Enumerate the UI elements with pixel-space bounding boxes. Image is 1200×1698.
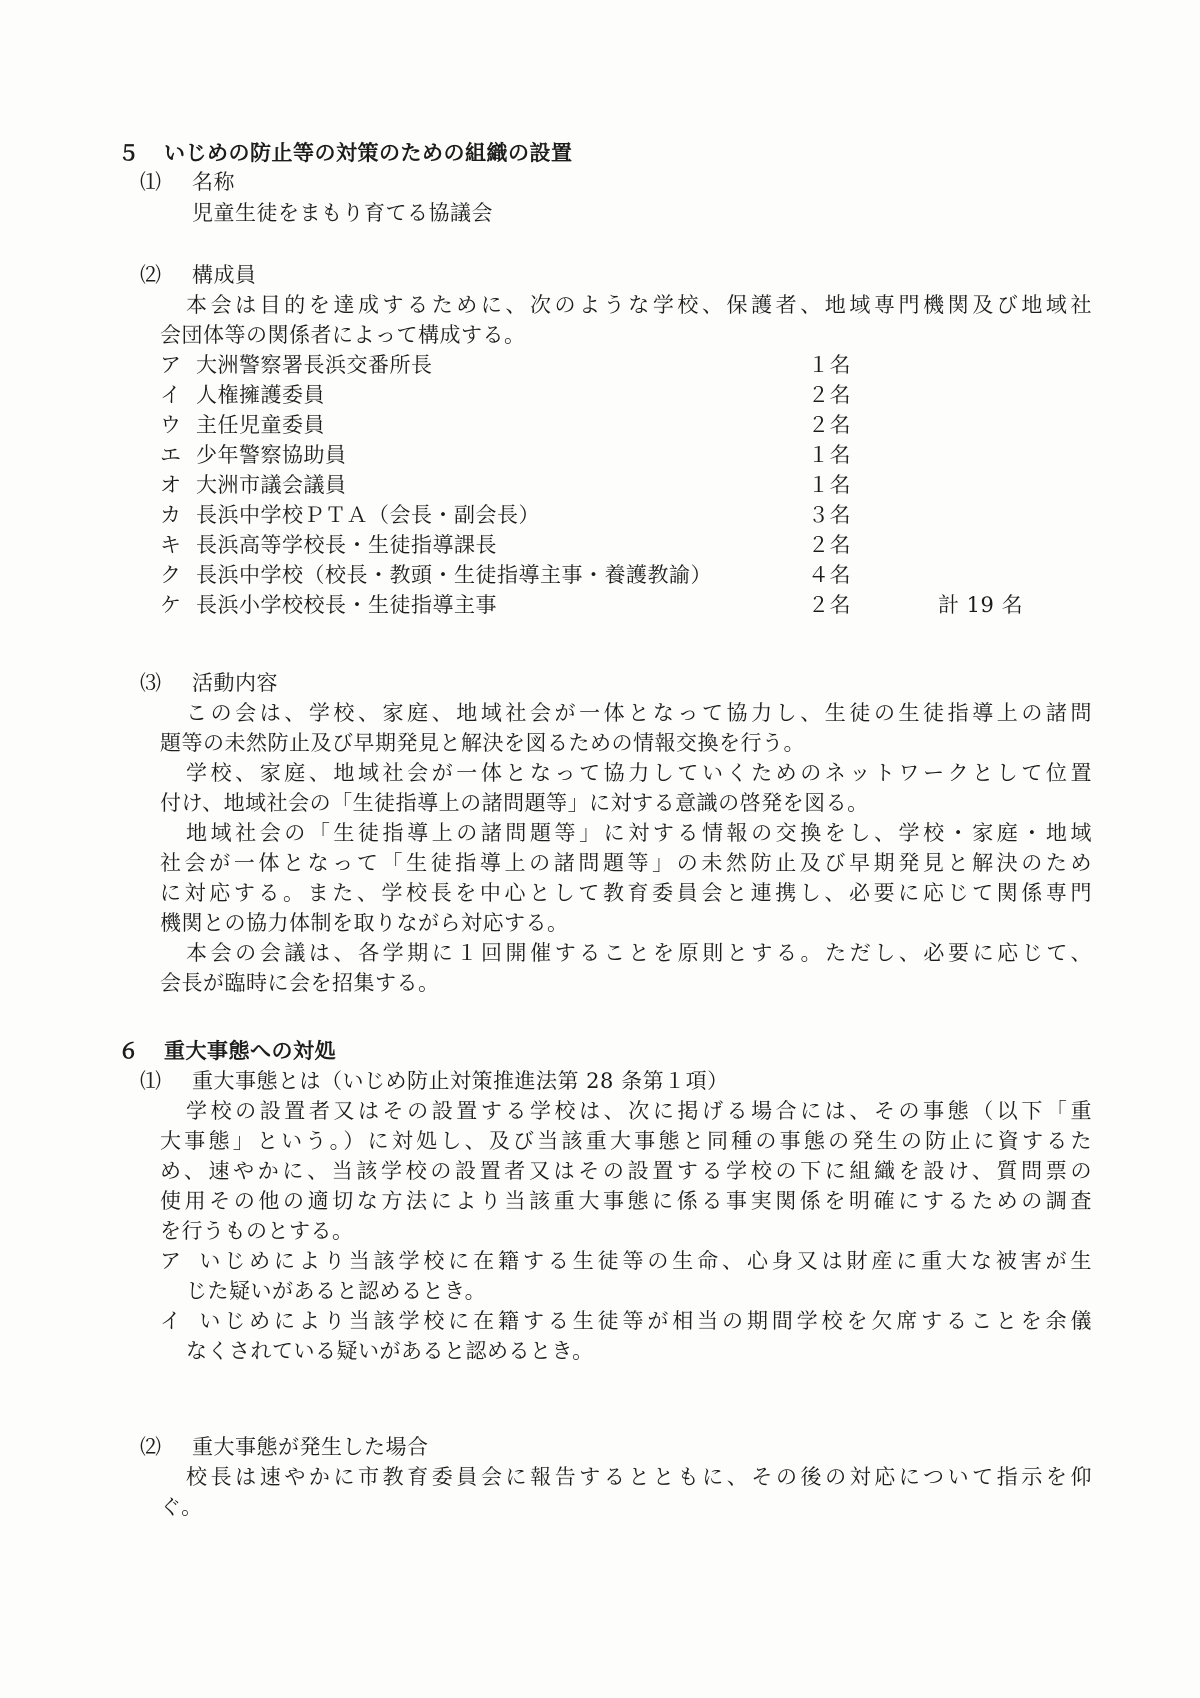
member-kana: ケ (160, 590, 196, 620)
subsection-title: 重大事態とは（いじめ防止対策推進法第 28 条第１項） (192, 1069, 729, 1093)
subsection-6-1-heading: ⑴重大事態とは（いじめ防止対策推進法第 28 条第１項） (140, 1066, 729, 1096)
member-kana: イ (160, 380, 196, 410)
member-kana: ア (160, 350, 196, 380)
member-row: オ 大洲市議会議員 １名 (160, 470, 1060, 500)
item-kana: ア (160, 1246, 196, 1276)
member-name: 長浜高等学校長・生徒指導課長 (196, 530, 497, 560)
member-name: 長浜小学校校長・生徒指導主事 (196, 590, 497, 620)
member-row: キ 長浜高等学校長・生徒指導課長 ２名 (160, 530, 1060, 560)
members-intro-line-1: 本会は目的を達成するために、次のような学校、保護者、地域専門機関及び地域社 (160, 290, 1092, 320)
member-kana: ウ (160, 410, 196, 440)
member-count: １名 (808, 470, 851, 500)
section-6-heading: ６重大事態への対処 (118, 1036, 336, 1066)
definition-line: 大事態」という。）に対処し、及び当該重大事態と同種の事態の発生の防止に資するた (160, 1126, 1092, 1156)
response-line-1: 校長は速やかに市教育委員会に報告するとともに、その後の対応について指示を仰 (160, 1462, 1092, 1492)
subsection-number: ⑶ (140, 668, 192, 698)
member-count: ２名 (808, 410, 851, 440)
subsection-6-2-heading: ⑵重大事態が発生した場合 (140, 1432, 429, 1462)
members-intro-line-2: 会団体等の関係者によって構成する。 (160, 320, 526, 350)
activity-line: 地域社会の「生徒指導上の諸問題等」に対する情報の交換をし、学校・家庭・地域 (160, 818, 1092, 848)
member-name: 長浜中学校（校長・教頭・生徒指導主事・養護教諭） (196, 560, 712, 590)
subsection-title: 構成員 (192, 263, 257, 287)
section-title: いじめの防止等の対策のための組織の設置 (164, 141, 573, 165)
definition-line: 学校の設置者又はその設置する学校は、次に掲げる場合には、その事態（以下「重 (160, 1096, 1092, 1126)
member-count: ４名 (808, 560, 851, 590)
activity-line: に対応する。また、学校長を中心として教育委員会と連携し、必要に応じて関係専門 (160, 878, 1092, 908)
subsection-number: ⑴ (140, 167, 192, 197)
member-kana: キ (160, 530, 196, 560)
definition-line: 使用その他の適切な方法により当該重大事態に係る事実関係を明確にするための調査 (160, 1186, 1092, 1216)
item-kana: イ (160, 1306, 196, 1336)
member-count: １名 (808, 350, 851, 380)
item-text: いじめにより当該学校に在籍する生徒等の生命、心身又は財産に重大な被害が生 (196, 1249, 1092, 1273)
member-row: ケ 長浜小学校校長・生徒指導主事 ２名 計 19 名 (160, 590, 1060, 620)
definition-line: を行うものとする。 (160, 1216, 354, 1246)
subsection-number: ⑵ (140, 1432, 192, 1462)
member-name: 長浜中学校ＰＴＡ（会長・副会長） (196, 500, 540, 530)
section-5-heading: ５いじめの防止等の対策のための組織の設置 (118, 138, 573, 168)
member-count: １名 (808, 440, 851, 470)
item-text: いじめにより当該学校に在籍する生徒等が相当の期間学校を欠席することを余儀 (196, 1309, 1092, 1333)
condition-item-continuation: じた疑いがあると認めるとき。 (186, 1276, 486, 1306)
response-line-2: ぐ。 (160, 1492, 203, 1522)
member-kana: ク (160, 560, 196, 590)
activity-line: 題等の未然防止及び早期発見と解決を図るための情報交換を行う。 (160, 728, 805, 758)
member-row: ア 大洲警察署長浜交番所長 １名 (160, 350, 1060, 380)
subsection-title: 活動内容 (192, 671, 278, 695)
member-name: 少年警察協助員 (196, 440, 347, 470)
member-kana: オ (160, 470, 196, 500)
member-name: 主任児童委員 (196, 410, 325, 440)
member-count: ２名 (808, 590, 851, 620)
subsection-number: ⑴ (140, 1066, 192, 1096)
activity-line: 付け、地域社会の「生徒指導上の諸問題等」に対する意識の啓発を図る。 (160, 788, 869, 818)
subsection-5-2-heading: ⑵構成員 (140, 260, 257, 290)
activity-line: この会は、学校、家庭、地域社会が一体となって協力し、生徒の生徒指導上の諸問 (160, 698, 1092, 728)
member-kana: エ (160, 440, 196, 470)
condition-item: アいじめにより当該学校に在籍する生徒等の生命、心身又は財産に重大な被害が生 (160, 1246, 1092, 1276)
member-row: ク 長浜中学校（校長・教頭・生徒指導主事・養護教諭） ４名 (160, 560, 1060, 590)
subsection-5-1-heading: ⑴名称 (140, 167, 235, 197)
member-total: 計 19 名 (938, 590, 1023, 620)
subsection-title: 重大事態が発生した場合 (192, 1435, 429, 1459)
member-kana: カ (160, 500, 196, 530)
member-name: 人権擁護委員 (196, 380, 325, 410)
member-count: ２名 (808, 380, 851, 410)
member-name: 大洲警察署長浜交番所長 (196, 350, 433, 380)
subsection-5-3-heading: ⑶活動内容 (140, 668, 278, 698)
section-title: 重大事態への対処 (164, 1039, 336, 1063)
activity-line: 会長が臨時に会を招集する。 (160, 968, 440, 998)
condition-item-continuation: なくされている疑いがあると認めるとき。 (186, 1336, 594, 1366)
activity-line: 本会の会議は、各学期に１回開催することを原則とする。ただし、必要に応じて、 (160, 938, 1092, 968)
member-row: イ 人権擁護委員 ２名 (160, 380, 1060, 410)
subsection-title: 名称 (192, 170, 235, 194)
section-number: ５ (118, 138, 164, 168)
member-count: ２名 (808, 530, 851, 560)
member-row: ウ 主任児童委員 ２名 (160, 410, 1060, 440)
member-count: ３名 (808, 500, 851, 530)
activity-line: 機関との協力体制を取りながら対応する。 (160, 908, 569, 938)
condition-item: イいじめにより当該学校に在籍する生徒等が相当の期間学校を欠席することを余儀 (160, 1306, 1092, 1336)
definition-line: め、速やかに、当該学校の設置者又はその設置する学校の下に組織を設け、質問票の (160, 1156, 1092, 1186)
organization-name: 児童生徒をまもり育てる協議会 (192, 198, 493, 228)
document-page: ５いじめの防止等の対策のための組織の設置 ⑴名称 児童生徒をまもり育てる協議会 … (0, 0, 1200, 1698)
member-row: カ 長浜中学校ＰＴＡ（会長・副会長） ３名 (160, 500, 1060, 530)
activity-line: 学校、家庭、地域社会が一体となって協力していくためのネットワークとして位置 (160, 758, 1092, 788)
activity-line: 社会が一体となって「生徒指導上の諸問題等」の未然防止及び早期発見と解決のため (160, 848, 1092, 878)
member-name: 大洲市議会議員 (196, 470, 347, 500)
member-row: エ 少年警察協助員 １名 (160, 440, 1060, 470)
subsection-number: ⑵ (140, 260, 192, 290)
section-number: ６ (118, 1036, 164, 1066)
